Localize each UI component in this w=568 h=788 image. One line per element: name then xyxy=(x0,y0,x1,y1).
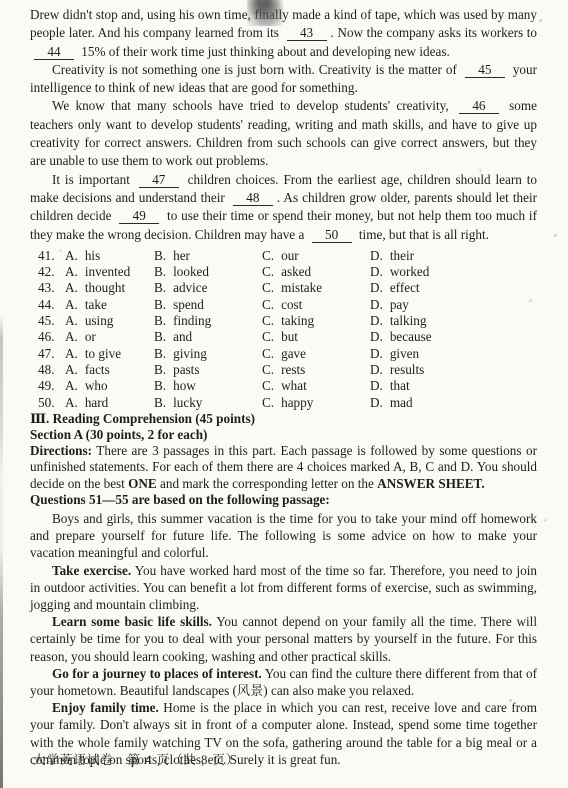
option-letter: A. xyxy=(65,313,78,329)
option-letter: B. xyxy=(154,362,166,378)
passage-paragraph: Boys and girls, this summer vacation is … xyxy=(30,510,537,562)
option-letter: B. xyxy=(154,395,166,411)
cloze-blank-46: 46 xyxy=(459,99,499,114)
question-number: 45. xyxy=(38,313,65,329)
option-row: 46.A.orB.andC.butD.because xyxy=(38,329,537,345)
option-letter: C. xyxy=(262,329,274,345)
reading-section-header: Ⅲ. Reading Comprehension (45 points) Sec… xyxy=(30,411,537,508)
option-choice: A.or xyxy=(65,329,154,345)
cloze-blank-43: 43 xyxy=(287,26,327,41)
option-letter: B. xyxy=(154,248,166,264)
option-choice: C.mistake xyxy=(262,280,370,296)
option-letter: C. xyxy=(262,248,274,264)
cloze-blank-50: 50 xyxy=(312,228,352,243)
questions-range-line: Questions 51—55 are based on the followi… xyxy=(30,492,537,508)
option-choice: C.taking xyxy=(262,313,370,329)
question-number: 49. xyxy=(38,378,65,394)
cloze-paragraph: Creativity is not something one is just … xyxy=(30,61,537,98)
option-letter: A. xyxy=(65,395,78,411)
reading-heading: Ⅲ. Reading Comprehension (45 points) xyxy=(30,411,537,427)
option-letter: D. xyxy=(370,297,383,313)
option-choice: B.spend xyxy=(154,297,262,313)
option-choice: B.giving xyxy=(154,346,262,362)
question-number: 46. xyxy=(38,329,65,345)
option-choice: A.his xyxy=(65,248,154,264)
option-letter: D. xyxy=(370,346,383,362)
option-letter: C. xyxy=(262,280,274,296)
option-choice: A.to give xyxy=(65,346,154,362)
option-choice: D.because xyxy=(370,329,537,345)
option-letter: A. xyxy=(65,248,78,264)
option-letter: C. xyxy=(262,395,274,411)
section-a-heading: Section A (30 points, 2 for each) xyxy=(30,427,537,443)
option-choice: A.invented xyxy=(65,264,154,280)
bold-text: Go for a journey to places of interest. xyxy=(52,666,262,681)
question-number: 48. xyxy=(38,362,65,378)
option-choice: C.happy xyxy=(262,395,370,411)
option-row: 50.A.hardB.luckyC.happyD.mad xyxy=(38,395,537,411)
option-choice: C.gave xyxy=(262,346,370,362)
directions-paragraph: Directions: There are 3 passages in this… xyxy=(30,443,537,492)
option-choice: D.their xyxy=(370,248,537,264)
passage-paragraph: Take exercise. You have worked hard most… xyxy=(30,562,537,614)
cloze-passage-section: Drew didn't stop and, using his own time… xyxy=(30,6,537,244)
question-number: 42. xyxy=(38,264,65,280)
option-letter: C. xyxy=(262,346,274,362)
option-letter: B. xyxy=(154,329,166,345)
question-number: 41. xyxy=(38,248,65,264)
option-choice: B.looked xyxy=(154,264,262,280)
option-letter: C. xyxy=(262,378,274,394)
page-footer: 大学英语试卷 第 4 页（共 8 页） xyxy=(33,750,240,768)
passage-paragraph: Go for a journey to places of interest. … xyxy=(30,665,537,699)
option-choice: A.facts xyxy=(65,362,154,378)
option-letter: D. xyxy=(370,329,383,345)
option-choice: B.finding xyxy=(154,313,262,329)
cloze-paragraph: It is important 47 children choices. Fro… xyxy=(30,171,537,244)
option-letter: D. xyxy=(370,395,383,411)
passage-paragraph: Learn some basic life skills. You cannot… xyxy=(30,613,537,665)
option-choice: B.lucky xyxy=(154,395,262,411)
cloze-paragraph: Drew didn't stop and, using his own time… xyxy=(30,6,537,61)
cloze-blank-49: 49 xyxy=(119,209,159,224)
option-choice: C.what xyxy=(262,378,370,394)
option-letter: C. xyxy=(262,264,274,280)
bold-text: Directions: xyxy=(30,443,92,458)
option-letter: D. xyxy=(370,264,383,280)
option-row: 47.A.to giveB.givingC.gaveD.given xyxy=(38,346,537,362)
option-row: 41.A.hisB.herC.ourD.their xyxy=(38,248,537,264)
option-choice: C.cost xyxy=(262,297,370,313)
option-choice: A.using xyxy=(65,313,154,329)
option-choice: B.how xyxy=(154,378,262,394)
option-letter: A. xyxy=(65,297,78,313)
option-choice: B.pasts xyxy=(154,362,262,378)
bold-text: ONE xyxy=(128,476,157,491)
question-number: 44. xyxy=(38,297,65,313)
question-number: 47. xyxy=(38,346,65,362)
option-letter: A. xyxy=(65,329,78,345)
option-choice: D.talking xyxy=(370,313,537,329)
option-row: 48.A.factsB.pastsC.restsD.results xyxy=(38,362,537,378)
option-letter: A. xyxy=(65,378,78,394)
scan-noise-specks xyxy=(0,0,1,1)
option-row: 49.A.whoB.howC.whatD.that xyxy=(38,378,537,394)
scan-edge-artifact xyxy=(0,0,3,788)
option-row: 45.A.usingB.findingC.takingD.talking xyxy=(38,313,537,329)
option-choice: B.and xyxy=(154,329,262,345)
option-letter: B. xyxy=(154,264,166,280)
option-letter: B. xyxy=(154,280,166,296)
cloze-blank-44: 44 xyxy=(34,45,74,60)
option-choice: D.results xyxy=(370,362,537,378)
option-row: 43.A.thoughtB.adviceC.mistakeD.effect xyxy=(38,280,537,296)
option-letter: B. xyxy=(154,297,166,313)
option-choice: C.our xyxy=(262,248,370,264)
option-choice: C.but xyxy=(262,329,370,345)
option-letter: C. xyxy=(262,313,274,329)
option-letter: D. xyxy=(370,378,383,394)
option-row: 44.A.takeB.spendC.costD.pay xyxy=(38,297,537,313)
question-number: 43. xyxy=(38,280,65,296)
cloze-options-table: 41.A.hisB.herC.ourD.their42.A.inventedB.… xyxy=(38,248,537,411)
option-choice: A.thought xyxy=(65,280,154,296)
bold-text: Enjoy family time. xyxy=(52,700,159,715)
option-letter: C. xyxy=(262,297,274,313)
option-letter: A. xyxy=(65,264,78,280)
option-letter: A. xyxy=(65,280,78,296)
option-choice: D.that xyxy=(370,378,537,394)
exam-page: Drew didn't stop and, using his own time… xyxy=(0,0,568,788)
cloze-blank-45: 45 xyxy=(465,63,505,78)
option-choice: B.her xyxy=(154,248,262,264)
bold-text: Take exercise. xyxy=(52,563,131,578)
option-choice: C.rests xyxy=(262,362,370,378)
option-choice: D.mad xyxy=(370,395,537,411)
option-letter: C. xyxy=(262,362,274,378)
option-choice: D.worked xyxy=(370,264,537,280)
cloze-blank-48: 48 xyxy=(233,191,273,206)
option-letter: B. xyxy=(154,313,166,329)
cloze-paragraph: We know that many schools have tried to … xyxy=(30,97,537,170)
option-row: 42.A.inventedB.lookedC.askedD.worked xyxy=(38,264,537,280)
cloze-blank-47: 47 xyxy=(139,173,179,188)
option-letter: A. xyxy=(65,362,78,378)
option-choice: A.who xyxy=(65,378,154,394)
option-choice: B.advice xyxy=(154,280,262,296)
option-letter: A. xyxy=(65,346,78,362)
option-choice: A.hard xyxy=(65,395,154,411)
option-choice: D.pay xyxy=(370,297,537,313)
bold-text: Learn some basic life skills. xyxy=(52,614,212,629)
option-letter: B. xyxy=(154,346,166,362)
option-choice: C.asked xyxy=(262,264,370,280)
option-letter: B. xyxy=(154,378,166,394)
reading-passage-section: Boys and girls, this summer vacation is … xyxy=(30,510,537,768)
question-number: 50. xyxy=(38,395,65,411)
option-choice: D.given xyxy=(370,346,537,362)
bold-text: ANSWER SHEET. xyxy=(377,476,484,491)
option-choice: A.take xyxy=(65,297,154,313)
option-letter: D. xyxy=(370,362,383,378)
option-letter: D. xyxy=(370,280,383,296)
option-letter: D. xyxy=(370,248,383,264)
option-letter: D. xyxy=(370,313,383,329)
option-choice: D.effect xyxy=(370,280,537,296)
